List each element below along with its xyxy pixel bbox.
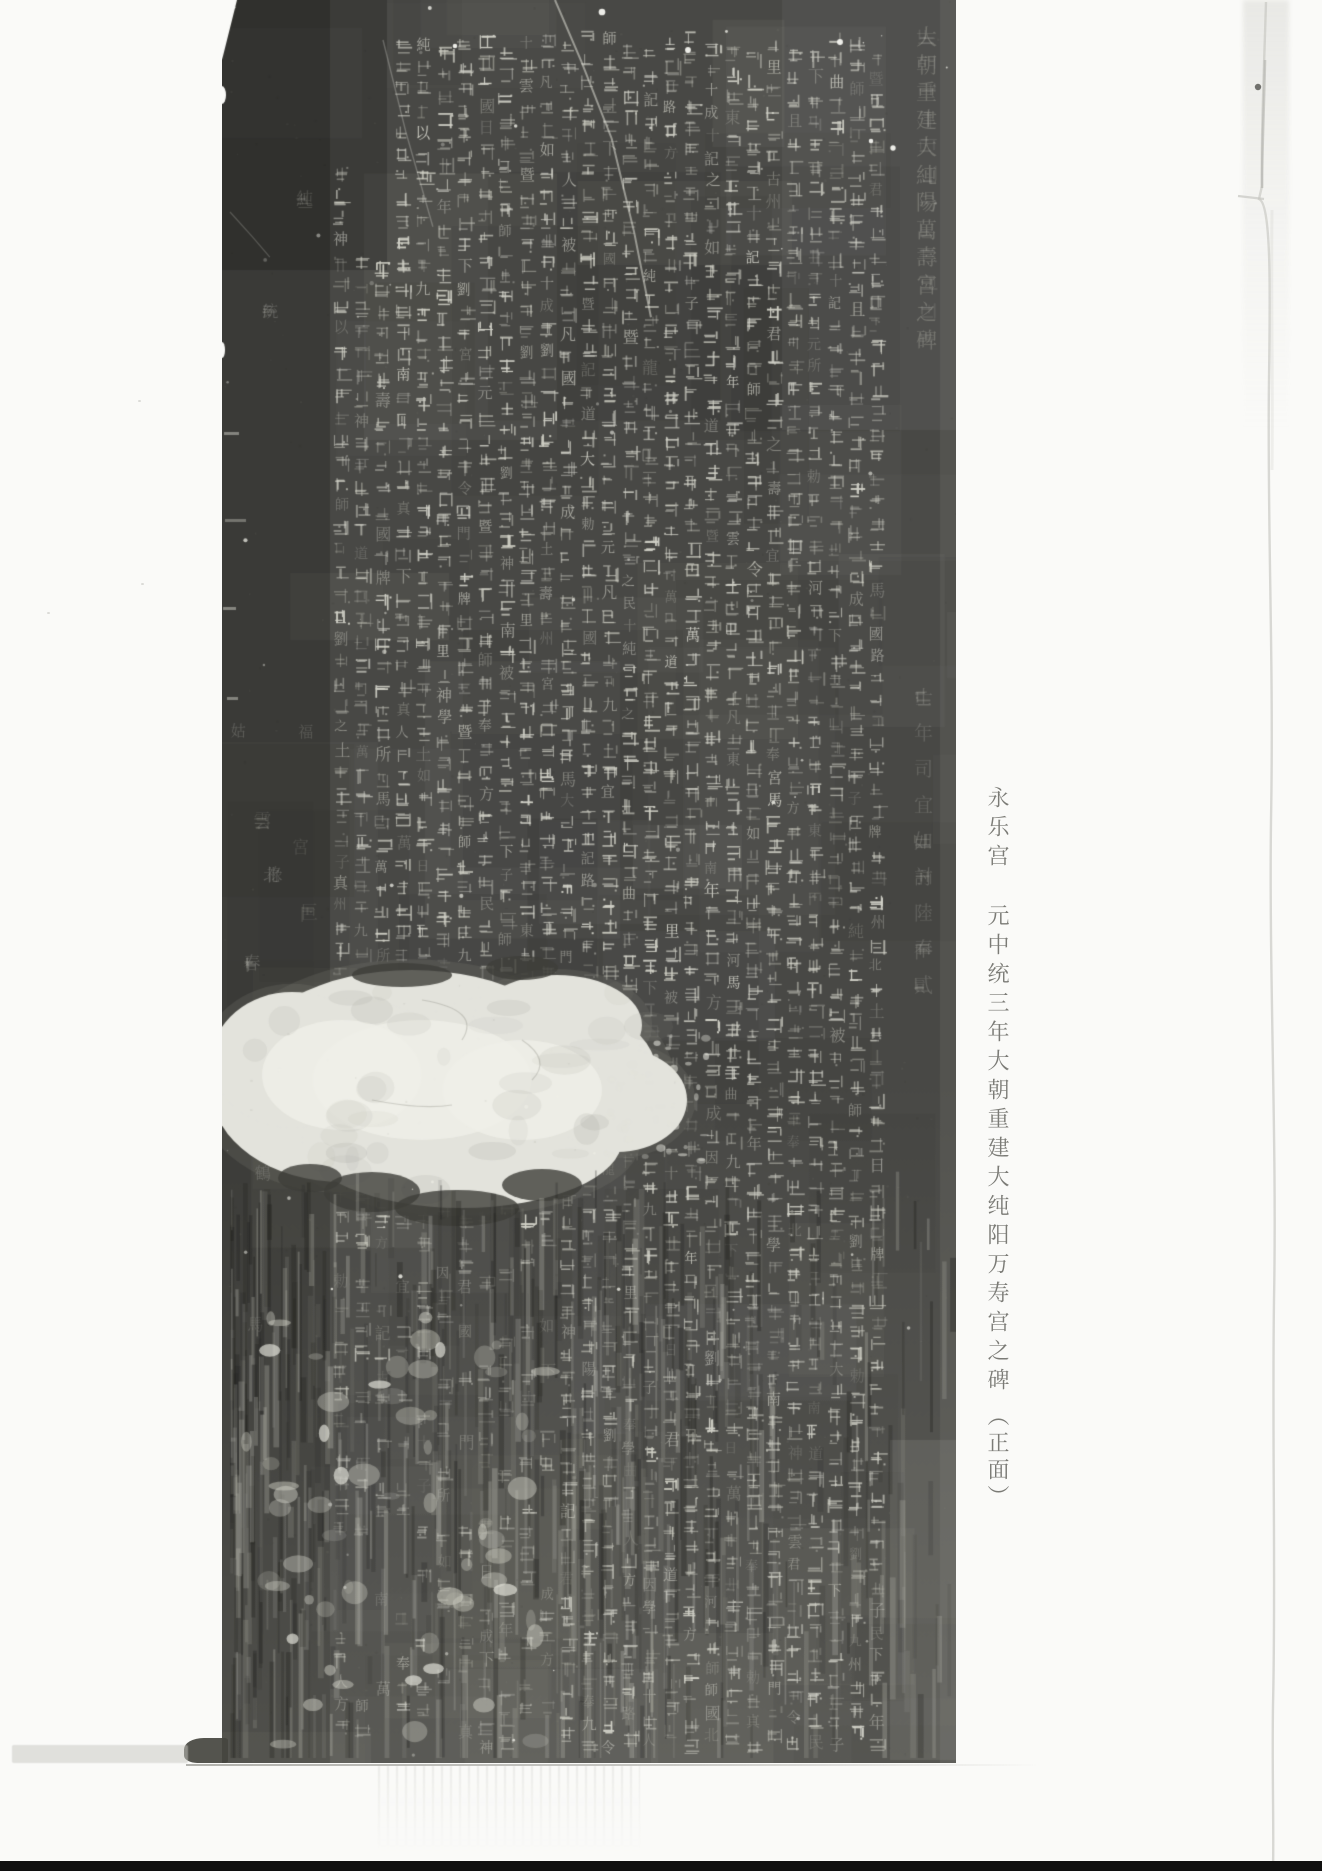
scan-streak-mark [378,1766,640,1858]
stele-rubbing-canvas [222,0,956,1763]
caption-site-name: 永乐宫 [985,786,1010,873]
caption-side-label: （正面） [985,1404,1010,1512]
plate-caption: 永乐宫元中统三年大朝重建大纯阳万寿宫之碑（正面） [979,786,1015,1526]
page-fold-wash [1243,0,1289,430]
page-speck [138,400,141,402]
caption-stele-title: 元中统三年大朝重建大纯阳万寿宫之碑 [985,904,1010,1397]
scan-smudge-band [12,1745,188,1763]
photo-torn-corner [184,1738,228,1763]
page-speck [141,583,144,585]
scanned-book-page: 永乐宫元中统三年大朝重建大纯阳万寿宫之碑（正面） [0,0,1322,1871]
stele-rubbing-photo [222,0,956,1763]
scanner-bottom-bar [0,1861,1322,1871]
page-speck [47,612,50,614]
